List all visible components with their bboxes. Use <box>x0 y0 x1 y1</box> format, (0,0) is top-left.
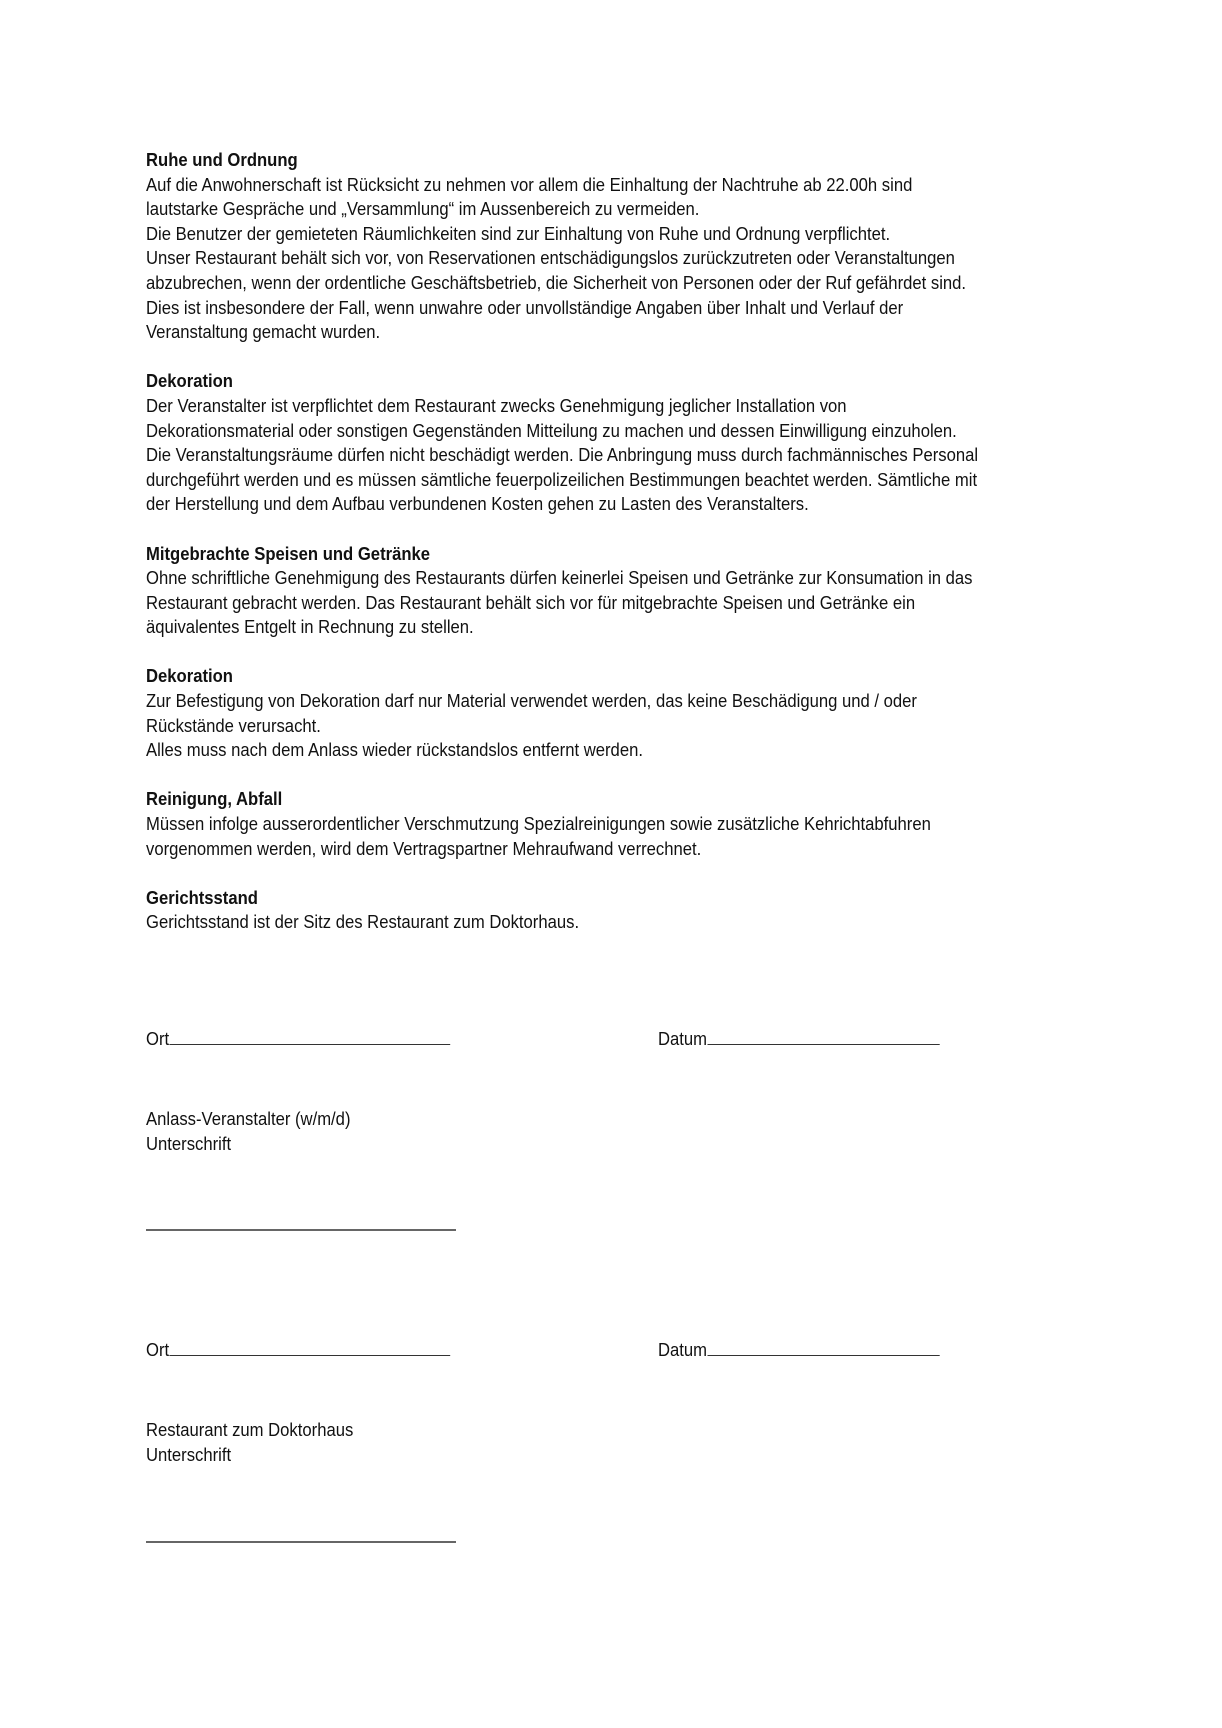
paragraph-line: äquivalentes Entgelt in Rechnung zu stel… <box>146 615 1010 640</box>
paragraph-line: Rückstände verursacht. <box>146 714 1010 739</box>
section-reinigung-abfall: Reinigung, Abfall Müssen infolge aussero… <box>146 787 1106 861</box>
terms-content: Ruhe und Ordnung Auf die Anwohnerschaft … <box>146 148 1106 935</box>
paragraph-line: Die Benutzer der gemieteten Räumlichkeit… <box>146 222 1010 247</box>
place-blank[interactable] <box>169 1337 450 1356</box>
signatory-name: Anlass-Veranstalter (w/m/d) <box>146 1107 350 1132</box>
date-field[interactable]: Datum <box>658 1337 939 1361</box>
date-blank[interactable] <box>707 1026 939 1045</box>
signature-label: Unterschrift <box>146 1132 350 1157</box>
signatory-name: Restaurant zum Doktorhaus <box>146 1418 353 1443</box>
paragraph-line: durchgeführt werden und es müssen sämtli… <box>146 468 1010 493</box>
signature-row-restaurant: Ort Datum <box>146 1337 1106 1363</box>
section-gerichtsstand: Gerichtsstand Gerichtsstand ist der Sitz… <box>146 886 1106 935</box>
document-page: Ruhe und Ordnung Auf die Anwohnerschaft … <box>0 0 1222 1728</box>
organizer-signature-line[interactable] <box>146 1229 456 1231</box>
place-field[interactable]: Ort <box>146 1026 450 1050</box>
paragraph-line: Alles muss nach dem Anlass wieder rückst… <box>146 738 1010 763</box>
paragraph-line: Restaurant gebracht werden. Das Restaura… <box>146 591 1010 616</box>
restaurant-signature-line[interactable] <box>146 1541 456 1543</box>
section-heading: Mitgebrachte Speisen und Getränke <box>146 542 1010 567</box>
paragraph-line: abzubrechen, wenn der ordentliche Geschä… <box>146 271 1010 296</box>
date-blank[interactable] <box>707 1337 939 1356</box>
section-heading: Gerichtsstand <box>146 886 1010 911</box>
section-heading: Reinigung, Abfall <box>146 787 1010 812</box>
paragraph-line: vorgenommen werden, wird dem Vertragspar… <box>146 837 1010 862</box>
date-label: Datum <box>658 1028 707 1050</box>
section-dekoration-2: Dekoration Zur Befestigung von Dekoratio… <box>146 664 1106 762</box>
paragraph-line: Auf die Anwohnerschaft ist Rücksicht zu … <box>146 173 1010 198</box>
paragraph-line: lautstarke Gespräche und „Versammlung“ i… <box>146 197 1010 222</box>
section-mitgebrachte-speisen: Mitgebrachte Speisen und Getränke Ohne s… <box>146 542 1106 640</box>
place-label: Ort <box>146 1339 169 1361</box>
place-label: Ort <box>146 1028 169 1050</box>
place-field[interactable]: Ort <box>146 1337 450 1361</box>
paragraph-line: Gerichtsstand ist der Sitz des Restauran… <box>146 910 1010 935</box>
paragraph-line: Zur Befestigung von Dekoration darf nur … <box>146 689 1010 714</box>
date-label: Datum <box>658 1339 707 1361</box>
paragraph-line: der Herstellung und dem Aufbau verbunden… <box>146 492 1010 517</box>
paragraph-line: Ohne schriftliche Genehmigung des Restau… <box>146 566 1010 591</box>
paragraph-line: Unser Restaurant behält sich vor, von Re… <box>146 246 1010 271</box>
restaurant-signature-block: Restaurant zum Doktorhaus Unterschrift <box>146 1418 376 1467</box>
date-field[interactable]: Datum <box>658 1026 939 1050</box>
paragraph-line: Dies ist insbesondere der Fall, wenn unw… <box>146 296 1010 321</box>
paragraph-line: Müssen infolge ausserordentlicher Versch… <box>146 812 1010 837</box>
paragraph-line: Der Veranstalter ist verpflichtet dem Re… <box>146 394 1010 419</box>
signature-label: Unterschrift <box>146 1443 353 1468</box>
paragraph-line: Die Veranstaltungsräume dürfen nicht bes… <box>146 443 1010 468</box>
organizer-signature-block: Anlass-Veranstalter (w/m/d) Unterschrift <box>146 1107 373 1156</box>
signature-row-organizer: Ort Datum <box>146 1026 1106 1052</box>
section-heading: Dekoration <box>146 369 1010 394</box>
section-ruhe-und-ordnung: Ruhe und Ordnung Auf die Anwohnerschaft … <box>146 148 1106 345</box>
section-heading: Dekoration <box>146 664 1010 689</box>
paragraph-line: Veranstaltung gemacht wurden. <box>146 320 1010 345</box>
section-heading: Ruhe und Ordnung <box>146 148 1010 173</box>
place-blank[interactable] <box>169 1026 450 1045</box>
paragraph-line: Dekorationsmaterial oder sonstigen Gegen… <box>146 419 1010 444</box>
section-dekoration-1: Dekoration Der Veranstalter ist verpflic… <box>146 369 1106 517</box>
